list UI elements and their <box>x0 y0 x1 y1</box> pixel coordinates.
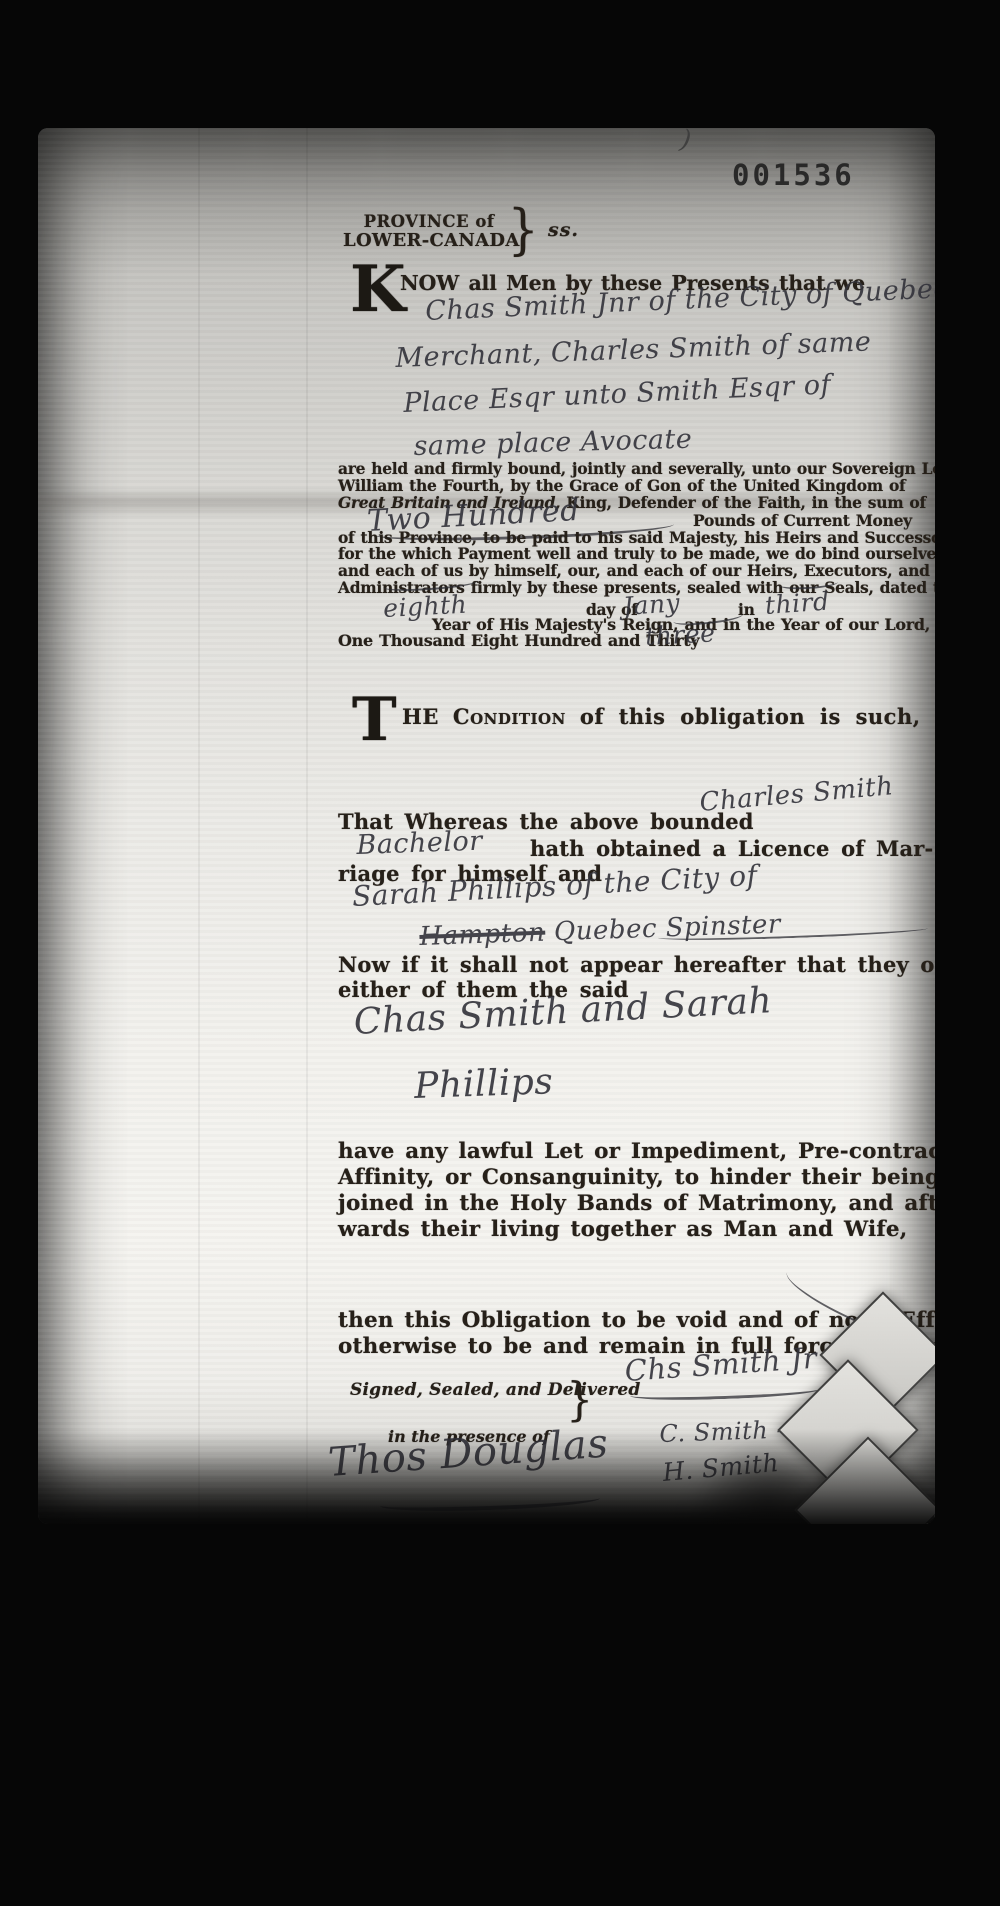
film-background: 001536 ) PROVINCE of LOWER-CANADA. } ss.… <box>0 0 1000 1906</box>
witness-signature: Thos Douglas <box>327 1421 610 1486</box>
province-line-1: PROVINCE of <box>343 212 515 231</box>
hw-groom-name: Charles Smith <box>698 771 894 818</box>
hw-party-line-2: Merchant, Charles Smith of same <box>395 326 872 374</box>
hw-party-line-3: Place Esqr unto Smith Esqr of <box>403 369 832 419</box>
bond-line-3-rest: King, Defender of the Faith, in the sum … <box>560 493 926 512</box>
signature-brace: } <box>566 1372 592 1426</box>
condition-rest: of this obligation is such, <box>580 704 921 729</box>
condition-dropcap: T <box>352 694 397 747</box>
heading-brace: } <box>508 198 539 261</box>
province-line-2: LOWER-CANADA. <box>343 231 515 250</box>
hw-groom-status: Bachelor <box>356 826 483 861</box>
crease-vertical-2 <box>306 128 308 1524</box>
impediment-line-4: wards their living together as Man and W… <box>338 1217 907 1242</box>
hw-struck-word: Hampton <box>419 918 546 952</box>
paper-shade-top <box>38 128 935 288</box>
stamp-number: 001536 <box>732 158 855 192</box>
know-dropcap: K <box>350 262 406 318</box>
condition-line: HEConditionof this obligation is such, <box>402 704 921 729</box>
impediment-line-2: Affinity, or Consanguinity, to hinder th… <box>338 1165 935 1190</box>
now-line-1: Now if it shall not appear hereafter tha… <box>338 952 935 977</box>
condition-word: Condition <box>453 704 566 729</box>
stray-curl-mark: ) <box>678 128 694 156</box>
province-heading: PROVINCE of LOWER-CANADA. <box>343 212 515 250</box>
whereas-line-2: hath obtained a Licence of Mar- <box>530 836 933 861</box>
hw-bride-rest: Quebec Spinster <box>545 909 782 947</box>
ss-label: ss. <box>548 219 579 241</box>
impediment-line-1: have any lawful Let or Impediment, Pre-c… <box>338 1139 935 1164</box>
witness-underline <box>380 1490 600 1514</box>
signed-sealed-label: Signed, Sealed, and Delivered <box>350 1380 640 1400</box>
hw-couple-line-2: Phillips <box>414 1061 554 1107</box>
condition-he: HE <box>402 704 439 729</box>
hw-party-line-4: same place Avocate <box>413 424 692 462</box>
hw-year-word: three <box>644 618 716 651</box>
crease-vertical-1 <box>198 128 200 1524</box>
paper-sheet: 001536 ) PROVINCE of LOWER-CANADA. } ss.… <box>38 128 935 1524</box>
impediment-line-3: joined in the Holy Bands of Matrimony, a… <box>338 1191 935 1216</box>
sig-h-smith: H. Smith <box>661 1448 780 1487</box>
